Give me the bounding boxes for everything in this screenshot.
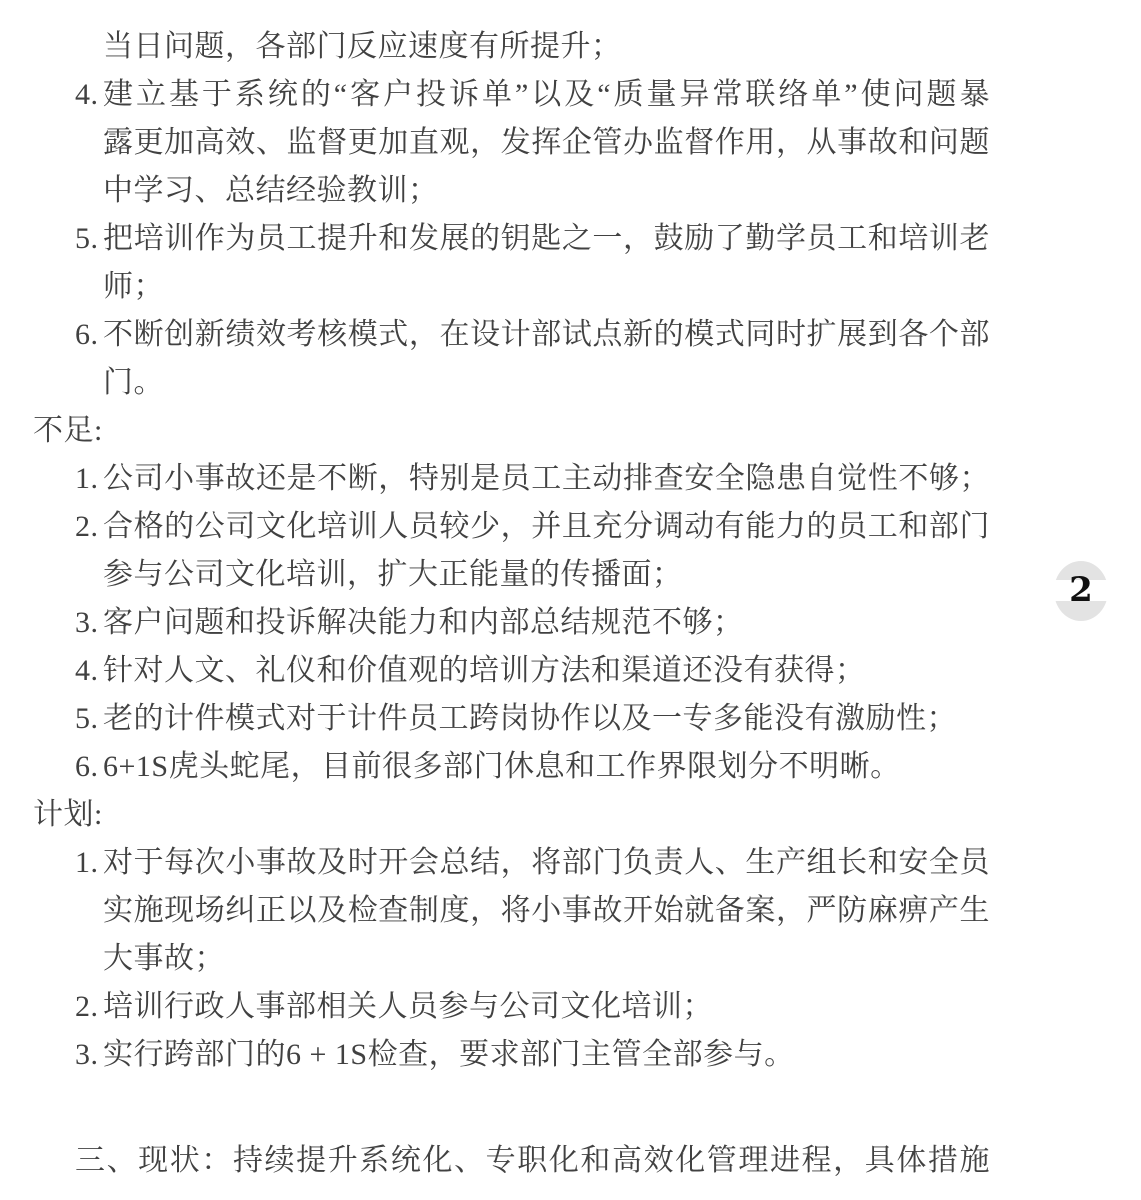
- list-item-line: 6.6+1S虎头蛇尾，目前很多部门休息和工作界限划分不明晰。: [0, 743, 1141, 791]
- continuation-line: 大事故；: [0, 935, 1141, 983]
- page-number-badge: 2: [1054, 561, 1108, 621]
- document-page: 当日问题，各部门反应速度有所提升； 4.建立基于系统的“客户投诉单”以及“质量异…: [0, 0, 1141, 1200]
- list-number: 4.: [75, 647, 99, 695]
- list-number: 2.: [75, 983, 99, 1031]
- line-text: 参与公司文化培训，扩大正能量的传播面；: [103, 551, 990, 599]
- line-text: 师；: [103, 263, 990, 311]
- list-item-line: 2.合格的公司文化培训人员较少，并且充分调动有能力的员工和部门: [0, 503, 1141, 551]
- line-text: 中学习、总结经验教训；: [103, 167, 990, 215]
- list-number: 1.: [75, 839, 99, 887]
- line-text: 培训行政人事部相关人员参与公司文化培训；: [103, 983, 990, 1031]
- line-text: 实施现场纠正以及检查制度，将小事故开始就备案，严防麻痹产生: [103, 887, 990, 935]
- line-text: 大事故；: [103, 935, 990, 983]
- line-text: 合格的公司文化培训人员较少，并且充分调动有能力的员工和部门: [103, 503, 990, 551]
- list-item-line: 3.实行跨部门的6 + 1S检查，要求部门主管全部参与。: [0, 1031, 1141, 1079]
- continuation-line: 当日问题，各部门反应速度有所提升；: [0, 23, 1141, 71]
- list-item-line: 1.对于每次小事故及时开会总结，将部门负责人、生产组长和安全员: [0, 839, 1141, 887]
- line-text: 实行跨部门的6 + 1S检查，要求部门主管全部参与。: [103, 1031, 990, 1079]
- line-text: 6+1S虎头蛇尾，目前很多部门休息和工作界限划分不明晰。: [103, 743, 990, 791]
- continuation-line: 参与公司文化培训，扩大正能量的传播面；: [0, 551, 1141, 599]
- blank-line: [0, 1079, 1141, 1137]
- line-text: 老的计件模式对于计件员工跨岗协作以及一专多能没有激励性；: [103, 695, 990, 743]
- line-text: 三、现状：持续提升系统化、专职化和高效化管理进程，具体措施: [75, 1137, 990, 1185]
- list-item-line: 3.客户问题和投诉解决能力和内部总结规范不够；: [0, 599, 1141, 647]
- line-text: 门。: [103, 359, 990, 407]
- line-text: 当日问题，各部门反应速度有所提升；: [103, 23, 990, 71]
- continuation-line: 实施现场纠正以及检查制度，将小事故开始就备案，严防麻痹产生: [0, 887, 1141, 935]
- line-text: 公司小事故还是不断，特别是员工主动排查安全隐患自觉性不够；: [103, 455, 990, 503]
- continuation-line: 中学习、总结经验教训；: [0, 167, 1141, 215]
- list-number: 2.: [75, 503, 99, 551]
- list-number: 5.: [75, 215, 99, 263]
- continuation-line: 门。: [0, 359, 1141, 407]
- list-number: 6.: [75, 311, 99, 359]
- section-header-text: 计划:: [33, 791, 990, 839]
- list-number: 4.: [75, 71, 99, 119]
- list-number: 6.: [75, 743, 99, 791]
- section-header-text: 不足:: [33, 407, 990, 455]
- line-text: 把培训作为员工提升和发展的钥匙之一，鼓励了勤学员工和培训老: [103, 215, 990, 263]
- list-item-line: 5.把培训作为员工提升和发展的钥匙之一，鼓励了勤学员工和培训老: [0, 215, 1141, 263]
- line-text: 露更加高效、监督更加直观，发挥企管办监督作用，从事故和问题: [103, 119, 990, 167]
- document-body: 当日问题，各部门反应速度有所提升； 4.建立基于系统的“客户投诉单”以及“质量异…: [0, 0, 1141, 1185]
- line-text: 客户问题和投诉解决能力和内部总结规范不够；: [103, 599, 990, 647]
- line-text: 建立基于系统的“客户投诉单”以及“质量异常联络单”使问题暴: [103, 71, 990, 119]
- section-heading-status: 三、现状：持续提升系统化、专职化和高效化管理进程，具体措施: [0, 1137, 1141, 1185]
- list-number: 3.: [75, 1031, 99, 1079]
- continuation-line: 师；: [0, 263, 1141, 311]
- line-text: 对于每次小事故及时开会总结，将部门负责人、生产组长和安全员: [103, 839, 990, 887]
- list-item-line: 6.不断创新绩效考核模式，在设计部试点新的模式同时扩展到各个部: [0, 311, 1141, 359]
- line-text: 针对人文、礼仪和价值观的培训方法和渠道还没有获得；: [103, 647, 990, 695]
- continuation-line: 露更加高效、监督更加直观，发挥企管办监督作用，从事故和问题: [0, 119, 1141, 167]
- list-number: 1.: [75, 455, 99, 503]
- list-item-line: 1.公司小事故还是不断，特别是员工主动排查安全隐患自觉性不够；: [0, 455, 1141, 503]
- list-number: 5.: [75, 695, 99, 743]
- list-item-line: 4.针对人文、礼仪和价值观的培训方法和渠道还没有获得；: [0, 647, 1141, 695]
- page-number: 2: [1054, 570, 1108, 610]
- list-item-line: 5.老的计件模式对于计件员工跨岗协作以及一专多能没有激励性；: [0, 695, 1141, 743]
- section-header-shortcomings: 不足:: [0, 407, 1141, 455]
- list-item-line: 4.建立基于系统的“客户投诉单”以及“质量异常联络单”使问题暴: [0, 71, 1141, 119]
- line-text: 不断创新绩效考核模式，在设计部试点新的模式同时扩展到各个部: [103, 311, 990, 359]
- list-item-line: 2.培训行政人事部相关人员参与公司文化培训；: [0, 983, 1141, 1031]
- list-number: 3.: [75, 599, 99, 647]
- section-header-plan: 计划:: [0, 791, 1141, 839]
